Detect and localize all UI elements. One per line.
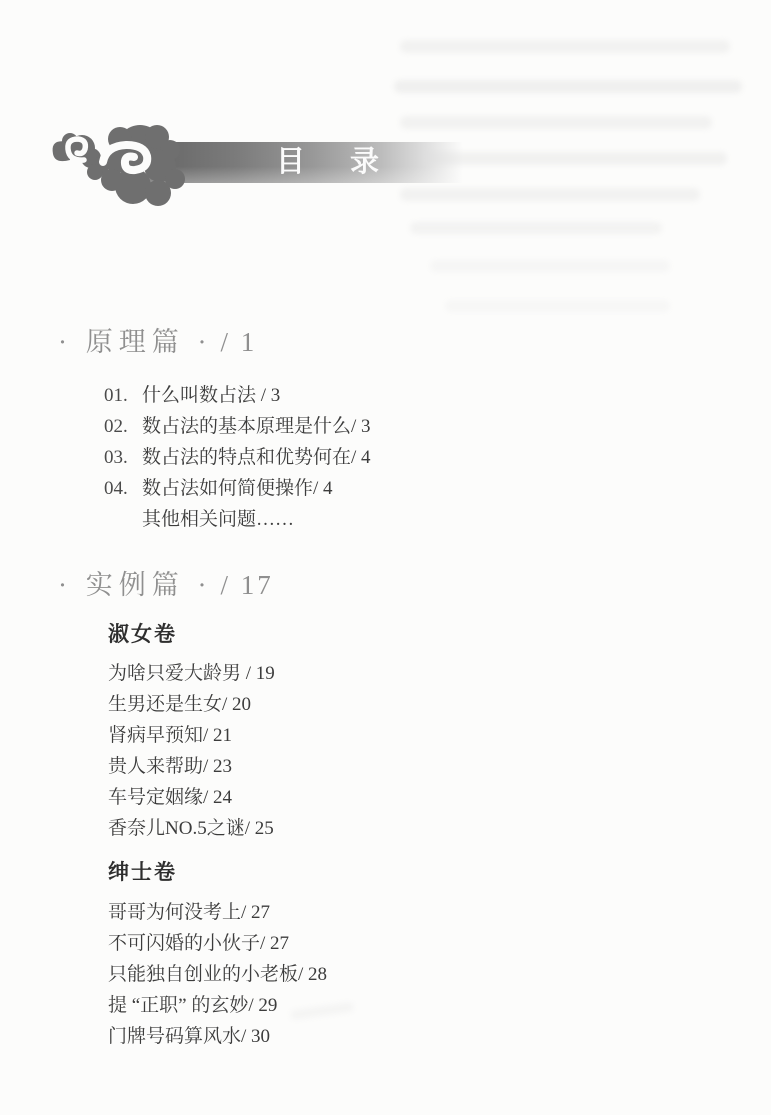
toc-item: 生男还是生女/ 20 (108, 689, 275, 720)
toc-item-number: 02. (104, 411, 142, 442)
toc-item-text: 其他相关问题…… (142, 504, 294, 535)
toc-item-number (104, 504, 142, 535)
toc-item-text: 什么叫数占法 / 3 (142, 380, 280, 411)
bleed-through-line (430, 260, 670, 272)
auspicious-cloud-icon (48, 116, 248, 220)
subsection-title-lady-volume: 淑女卷 (108, 622, 177, 647)
toc-item: 01. 什么叫数占法 / 3 (104, 380, 371, 411)
toc-item: 不可闪婚的小伙子/ 27 (108, 928, 327, 959)
toc-item-number: 03. (104, 442, 142, 473)
toc-item: 香奈儿NO.5之谜/ 25 (108, 813, 275, 844)
toc-item: 贵人来帮助/ 23 (108, 751, 275, 782)
page-title-char: 目 (276, 148, 305, 177)
section-heading-text: · 原理篇 · (58, 327, 212, 357)
toc-item: 肾病早预知/ 21 (108, 720, 275, 751)
bleed-through-line (410, 222, 662, 234)
page-title-char: 录 (350, 148, 379, 177)
toc-page: 目 录 (0, 0, 771, 1115)
toc-item-number: 04. (104, 473, 142, 504)
section-heading-examples: · 实例篇 ·/ 17 (58, 569, 274, 601)
toc-item: 03. 数占法的特点和优势何在/ 4 (104, 442, 371, 473)
toc-item: 其他相关问题…… (104, 504, 371, 535)
toc-item: 提 “正职” 的玄妙/ 29 (108, 990, 327, 1021)
section-page-ref: / 17 (220, 570, 273, 600)
bleed-through-line (400, 40, 730, 53)
toc-item-text: 数占法的基本原理是什么/ 3 (142, 411, 371, 442)
toc-item: 02. 数占法的基本原理是什么/ 3 (104, 411, 371, 442)
section-page-ref: / 1 (220, 327, 257, 357)
section-heading-principles: · 原理篇 ·/ 1 (58, 326, 257, 358)
toc-item: 为啥只爱大龄男 / 19 (108, 658, 275, 689)
subsection-title-gentleman-volume: 绅士卷 (108, 860, 177, 885)
bleed-through-line (400, 116, 712, 129)
toc-item-text: 数占法的特点和优势何在/ 4 (142, 442, 371, 473)
toc-item: 04. 数占法如何简便操作/ 4 (104, 473, 371, 504)
toc-item-text: 数占法如何简便操作/ 4 (142, 473, 333, 504)
gentleman-volume-item-list: 哥哥为何没考上/ 27 不可闪婚的小伙子/ 27 只能独自创业的小老板/ 28 … (108, 897, 327, 1052)
bleed-through-line (445, 300, 670, 312)
toc-item: 门牌号码算风水/ 30 (108, 1021, 327, 1052)
principles-item-list: 01. 什么叫数占法 / 3 02. 数占法的基本原理是什么/ 3 03. 数占… (104, 380, 371, 535)
bleed-through-line (394, 80, 742, 93)
toc-item: 车号定姻缘/ 24 (108, 782, 275, 813)
toc-item: 只能独自创业的小老板/ 28 (108, 959, 327, 990)
toc-item-number: 01. (104, 380, 142, 411)
bleed-through-line (400, 188, 700, 201)
lady-volume-item-list: 为啥只爱大龄男 / 19 生男还是生女/ 20 肾病早预知/ 21 贵人来帮助/… (108, 658, 275, 844)
section-heading-text: · 实例篇 · (58, 570, 212, 600)
toc-item: 哥哥为何没考上/ 27 (108, 897, 327, 928)
